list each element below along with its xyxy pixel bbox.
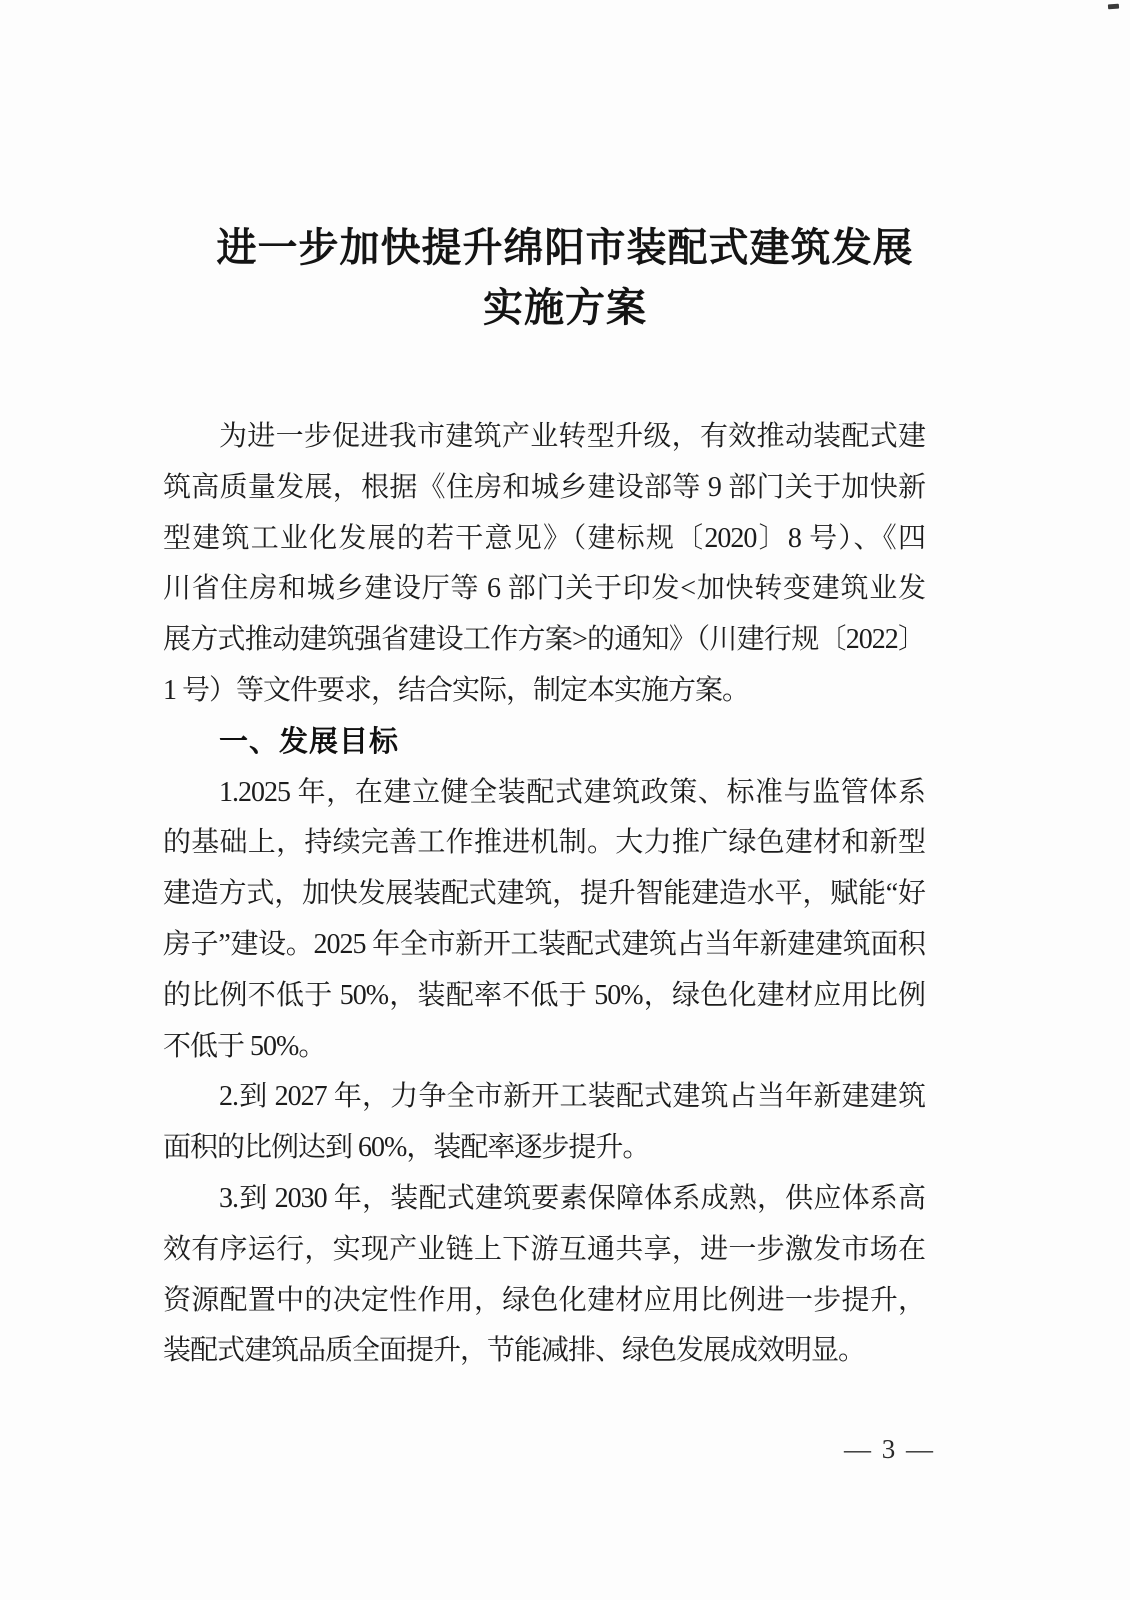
goal3-line-2: 效有序运行，实现产业链上下游互通共享，进一步激发市场在 <box>163 1225 925 1276</box>
goal1-line-6: 不低于 50%。 <box>163 1022 925 1073</box>
goal3-line-3: 资源配置中的决定性作用，绿色化建材应用比例进一步提升， <box>163 1276 925 1327</box>
goal2-line-2: 面积的比例达到 60%，装配率逐步提升。 <box>163 1123 925 1174</box>
intro-line-6: 1 号）等文件要求，结合实际，制定本实施方案。 <box>163 666 925 717</box>
document-body: 为进一步促进我市建筑产业转型升级，有效推动装配式建 筑高质量发展，根据《住房和城… <box>163 412 925 1377</box>
goal1-line-1: 1.2025 年，在建立健全装配式建筑政策、标准与监管体系 <box>163 768 925 819</box>
document-title: 进一步加快提升绵阳市装配式建筑发展 实施方案 <box>0 218 1130 338</box>
goal1-line-5: 的比例不低于 50%，装配率不低于 50%，绿色化建材应用比例 <box>163 971 925 1022</box>
intro-line-2: 筑高质量发展，根据《住房和城乡建设部等 9 部门关于加快新 <box>163 463 925 514</box>
goal3-line-4: 装配式建筑品质全面提升，节能减排、绿色发展成效明显。 <box>163 1326 925 1377</box>
page-number: — 3 — <box>844 1434 935 1465</box>
goal2-line-1: 2.到 2027 年，力争全市新开工装配式建筑占当年新建建筑 <box>163 1072 925 1123</box>
intro-line-5: 展方式推动建筑强省建设工作方案>的通知》（川建行规〔2022〕 <box>163 615 925 666</box>
goal1-line-2: 的基础上，持续完善工作推进机制。大力推广绿色建材和新型 <box>163 818 925 869</box>
section-heading-development-goals: 一、发展目标 <box>163 717 925 768</box>
intro-line-4: 川省住房和城乡建设厅等 6 部门关于印发<加快转变建筑业发 <box>163 564 925 615</box>
goal1-line-4: 房子”建设。2025 年全市新开工装配式建筑占当年新建建筑面积 <box>163 920 925 971</box>
goal1-line-3: 建造方式，加快发展装配式建筑，提升智能建造水平，赋能“好 <box>163 869 925 920</box>
document-page: 进一步加快提升绵阳市装配式建筑发展 实施方案 为进一步促进我市建筑产业转型升级，… <box>0 0 1130 1600</box>
goal3-line-1: 3.到 2030 年，装配式建筑要素保障体系成熟，供应体系高 <box>163 1174 925 1225</box>
title-line-1: 进一步加快提升绵阳市装配式建筑发展 <box>0 218 1130 278</box>
intro-line-1: 为进一步促进我市建筑产业转型升级，有效推动装配式建 <box>163 412 925 463</box>
intro-line-3: 型建筑工业化发展的若干意见》（建标规〔2020〕8 号）、《四 <box>163 514 925 565</box>
scan-artifact <box>1108 4 1119 10</box>
title-line-2: 实施方案 <box>0 278 1130 338</box>
